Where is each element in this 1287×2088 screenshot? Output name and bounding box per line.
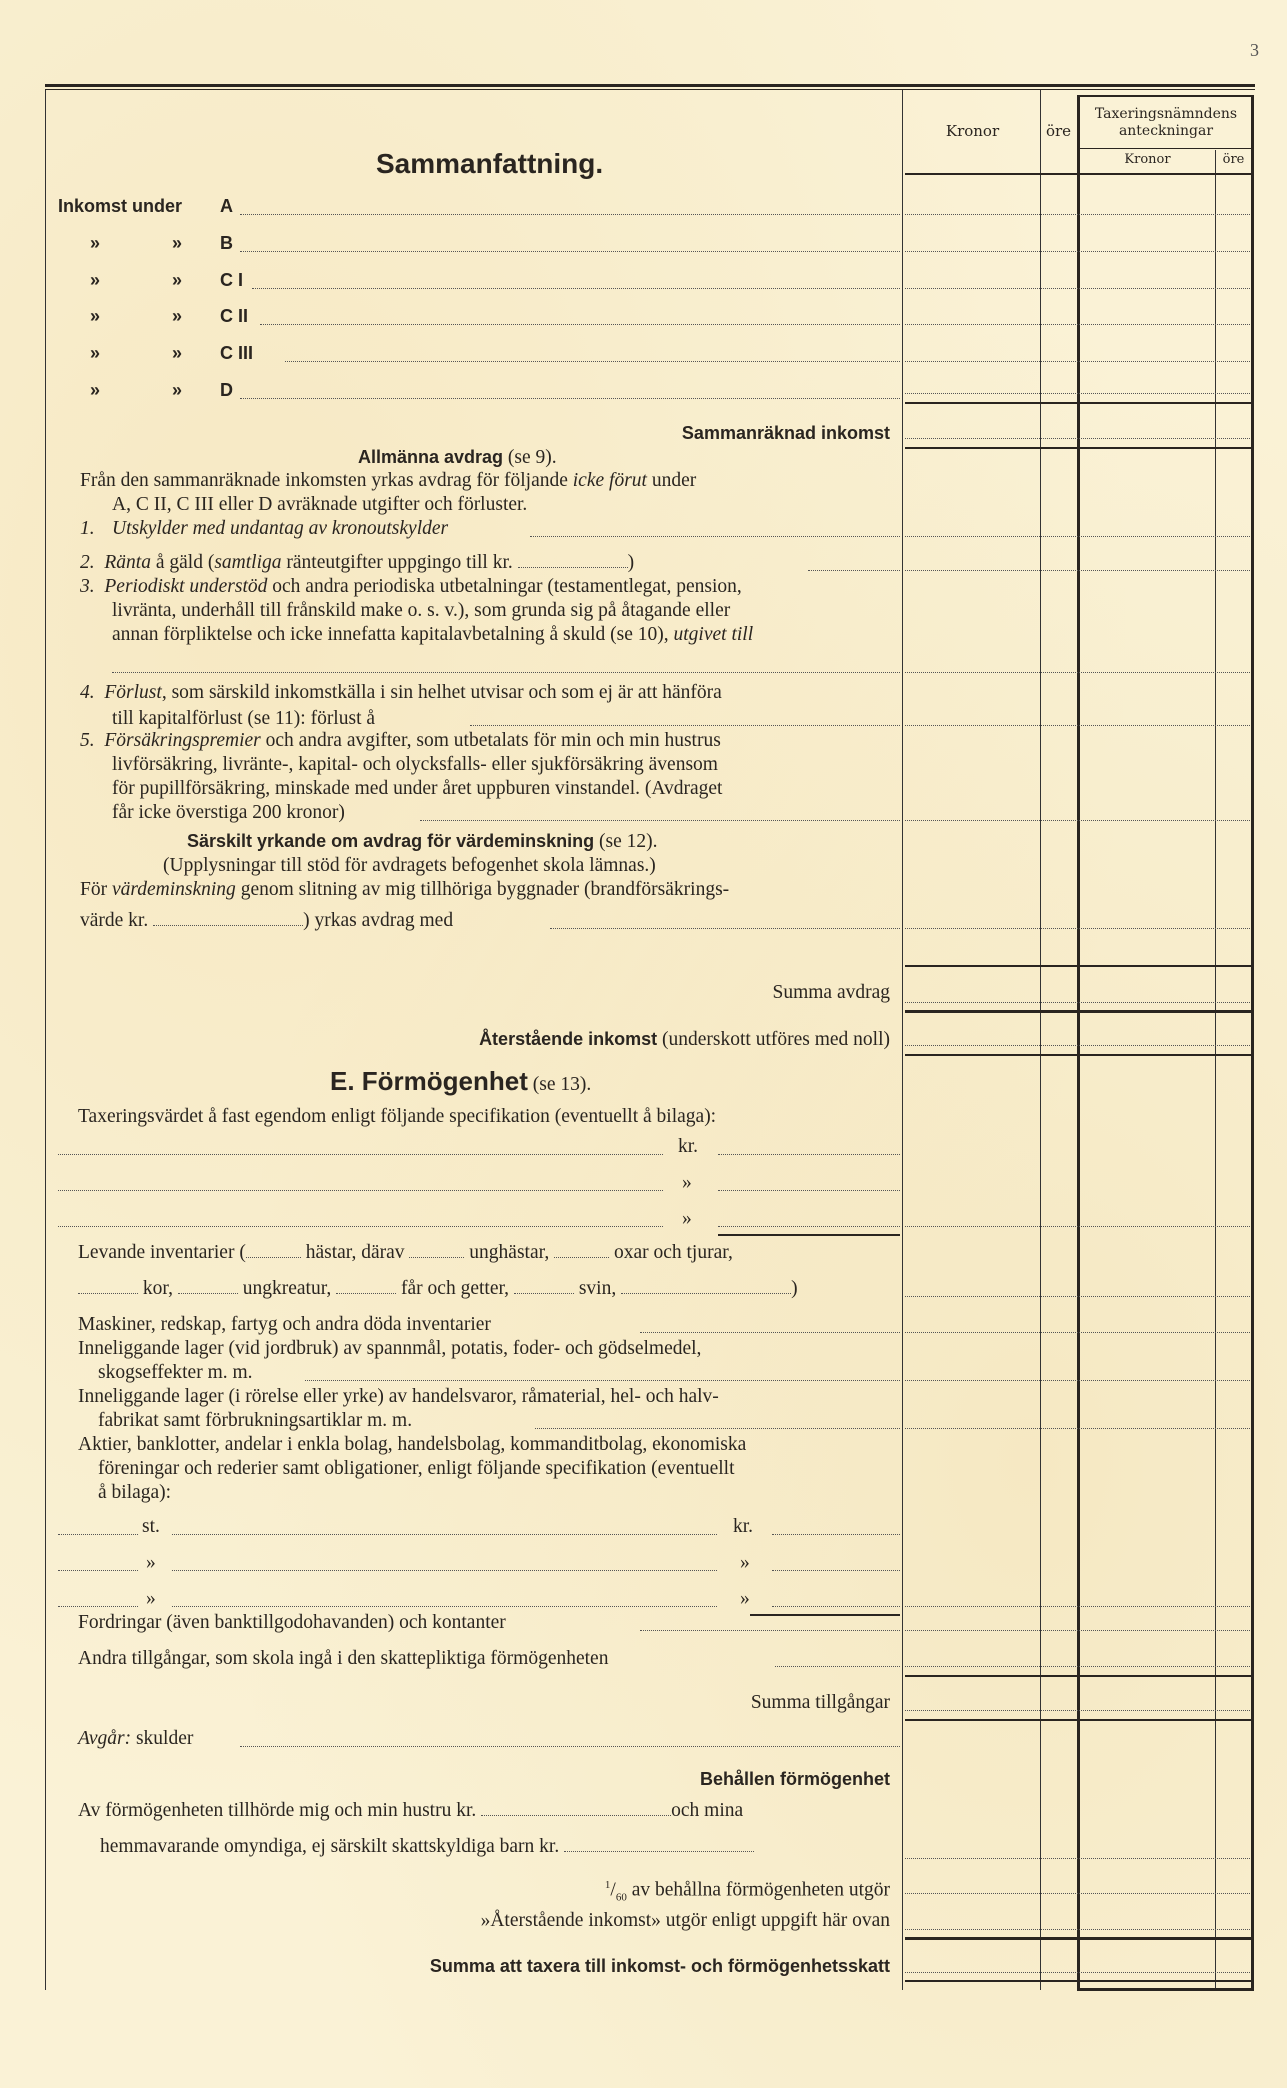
text-italic: Försäkringspremier	[104, 730, 260, 751]
text-italic: Ränta	[104, 552, 151, 573]
allmanna-avdrag-heading: Allmänna avdrag (se 9).	[358, 446, 557, 469]
income-c2-line[interactable]	[260, 324, 900, 325]
col-line	[905, 1858, 1250, 1859]
col-line	[905, 251, 1250, 252]
aterstaende-rule	[905, 1054, 1252, 1056]
horses-count-field[interactable]	[246, 1257, 301, 1258]
summa-tillgangar-line[interactable]	[905, 1710, 1250, 1711]
col-line	[905, 1296, 1250, 1297]
col-line	[905, 361, 1250, 362]
income-item-c1: C I	[220, 270, 243, 291]
item5-line2: livförsäkring, livränte-, kapital- och o…	[112, 754, 718, 776]
item5-number: 5.	[80, 730, 95, 751]
kronor-column-left-line	[902, 90, 903, 1990]
claims-label: Fordringar (även banktillgodohavanden) o…	[78, 1612, 506, 1634]
stock-farm-line1: Inneliggande lager (vid jordbruk) av spa…	[78, 1338, 701, 1360]
taxering-kronor-header: Kronor	[1080, 152, 1215, 167]
text-italic: utgivet till	[674, 624, 754, 645]
item4-line1: 4. Förlust, som särskild inkomstkälla i …	[80, 682, 722, 704]
aterstaende-inkomst-label: Återstående inkomst	[479, 1029, 657, 1049]
taxering-bottom-rule	[1077, 1988, 1254, 1991]
debts-row: Avgår: skulder	[78, 1728, 193, 1750]
taxering-sub-rule	[1080, 148, 1252, 149]
col-line	[905, 1606, 1250, 1607]
young-horses-count-field[interactable]	[409, 1257, 464, 1258]
text-italic: Periodiskt understöd	[104, 576, 267, 597]
col-line	[905, 672, 1250, 673]
col-line	[905, 214, 1250, 215]
remaining-ref-line[interactable]	[905, 1929, 1250, 1930]
text-italic: Förlust	[104, 682, 161, 703]
final-rule	[905, 1980, 1252, 1982]
aterstaende-note: (underskott utföres med noll)	[662, 1029, 890, 1050]
summa-tillgangar-label: Summa tillgångar	[400, 1692, 890, 1714]
text: annan förpliktelse och icke innefatta ka…	[112, 624, 674, 645]
item3-number: 3.	[80, 576, 95, 597]
property-desc-line-1[interactable]	[58, 1154, 663, 1155]
debts-line[interactable]	[240, 1746, 900, 1747]
heading-text: Särskilt yrkande om avdrag för värdemins…	[187, 831, 594, 851]
col-line	[905, 393, 1250, 394]
text: , som särskild inkomstkälla i sin helhet…	[162, 682, 722, 703]
text: kor,	[143, 1278, 173, 1299]
text: svin,	[579, 1278, 616, 1299]
livestock-other-field[interactable]	[621, 1293, 791, 1294]
income-subtotal-rule	[905, 402, 1252, 404]
ditto-mark: »	[682, 1172, 692, 1194]
text-italic: Avgår:	[78, 1728, 131, 1749]
fraction-denominator: 60	[616, 1891, 627, 1903]
text: skulder	[131, 1728, 193, 1749]
fraction-numerator: 1	[605, 1879, 611, 1891]
heading-text: Allmänna avdrag	[358, 447, 503, 467]
shares-count-line-2[interactable]	[58, 1570, 138, 1571]
item2-row: 2. Ränta å gäld (samtliga ränteutgifter …	[80, 552, 634, 574]
item1-number: 1.	[80, 518, 95, 540]
text-italic: icke förut	[573, 470, 647, 491]
special-heading: Särskilt yrkande om avdrag för värdemins…	[187, 830, 658, 853]
text: å gäld (	[151, 552, 214, 573]
ditto-mark: »	[146, 1588, 156, 1610]
taxering-ore-line	[1215, 150, 1216, 1990]
heading-ref: (se 9).	[508, 447, 557, 468]
ditto-mark: »	[740, 1588, 750, 1610]
taxering-column-right-bar	[1251, 95, 1254, 1990]
item4-line2: till kapitalförlust (se 11): förlust å	[112, 708, 375, 730]
col-line	[905, 1428, 1250, 1429]
shares-line1: Aktier, banklotter, andelar i enkla bola…	[78, 1434, 746, 1456]
ditto-mark: »	[682, 1208, 692, 1230]
shares-desc-line-1[interactable]	[172, 1534, 717, 1535]
summa-att-taxera-line[interactable]	[905, 1972, 1250, 1973]
other-assets-line[interactable]	[775, 1666, 900, 1667]
col-line	[905, 820, 1250, 821]
summa-att-taxera-label: Summa att taxera till inkomst- och förmö…	[250, 1955, 890, 1977]
income-d-line[interactable]	[240, 398, 900, 399]
text: ränteutgifter uppgingo till kr.	[282, 552, 513, 573]
text: genom slitning av mig tillhöriga byggnad…	[236, 879, 729, 900]
col-line	[905, 1630, 1250, 1631]
taxering-title-line1: Taxeringsnämndens	[1095, 106, 1237, 122]
text: och andra periodiska utbetalningar (test…	[267, 576, 741, 597]
stock-biz-line[interactable]	[535, 1428, 900, 1429]
ditto-mark: »	[172, 233, 182, 254]
item2-line[interactable]	[808, 570, 900, 571]
oxen-count-field[interactable]	[554, 1257, 609, 1258]
special-note: (Upplysningar till stöd för avdragets be…	[163, 855, 656, 877]
claims-line[interactable]	[640, 1630, 900, 1631]
stock-farm-line2: skogseffekter m. m.	[98, 1362, 253, 1384]
stock-farm-line[interactable]	[305, 1380, 900, 1381]
item5-line[interactable]	[420, 820, 900, 821]
ditto-mark: »	[172, 343, 182, 364]
col-line	[905, 725, 1250, 726]
interest-amount-field[interactable]	[518, 567, 628, 568]
col-line	[905, 1332, 1250, 1333]
shares-sum-rule	[750, 1614, 900, 1616]
text: värde kr.	[80, 910, 148, 931]
deductions-rule	[905, 965, 1252, 967]
item5-line4: får icke överstiga 200 kronor)	[112, 802, 345, 824]
deductions-intro-line1: Från den sammanräknade inkomsten yrkas a…	[80, 470, 696, 492]
taxering-column-left-bar	[1077, 95, 1080, 1990]
income-c3-line[interactable]	[285, 361, 900, 362]
aterstaende-inkomst-row: Återstående inkomst (underskott utföres …	[300, 1028, 890, 1051]
income-c1-line[interactable]	[252, 288, 900, 289]
col-line	[905, 1380, 1250, 1381]
ditto-mark: »	[90, 380, 100, 401]
children-share-field[interactable]	[564, 1851, 754, 1852]
property-desc-line-3[interactable]	[58, 1226, 663, 1227]
text: får och getter,	[401, 1278, 509, 1299]
item3-line3: annan förpliktelse och icke innefatta ka…	[112, 624, 753, 646]
left-border	[45, 90, 46, 1990]
sammanraknad-inkomst-label: Sammanräknad inkomst	[400, 422, 890, 444]
item4-line[interactable]	[470, 725, 900, 726]
ditto-mark: »	[90, 343, 100, 364]
shares-desc-line-2[interactable]	[172, 1570, 717, 1571]
income-item-c3: C III	[220, 343, 253, 364]
aterstaende-line[interactable]	[905, 1045, 1250, 1046]
header-bottom-rule	[905, 173, 1252, 175]
item1-line[interactable]	[530, 536, 900, 537]
text: Från den sammanräknade inkomsten yrkas a…	[80, 470, 573, 491]
income-a-line[interactable]	[240, 214, 900, 215]
deductions-intro-line2: A, C II, C III eller D avräknade utgifte…	[112, 494, 527, 516]
col-line	[905, 1226, 1250, 1227]
ditto-mark: »	[172, 270, 182, 291]
machines-line[interactable]	[640, 1332, 900, 1333]
taxering-top-rule	[1077, 95, 1254, 97]
text: För	[80, 879, 112, 900]
special-line1: För värdeminskning genom slitning av mig…	[80, 879, 729, 901]
sheep-goats-count-field[interactable]	[336, 1293, 396, 1294]
item5-line1: 5. Försäkringspremier och andra avgifter…	[80, 730, 721, 752]
income-item-b: B	[220, 233, 233, 254]
summa-avdrag-label: Summa avdrag	[400, 982, 890, 1004]
text: )	[628, 552, 635, 573]
ditto-mark: »	[90, 270, 100, 291]
remaining-ref-label: »Återstående inkomst» utgör enligt uppgi…	[300, 1910, 890, 1932]
text: oxar och tjurar,	[614, 1242, 733, 1263]
col-line	[905, 1666, 1250, 1667]
kr-label: kr.	[733, 1516, 753, 1538]
taxering-ore-header: öre	[1215, 152, 1252, 167]
page-number: 3	[1250, 40, 1259, 61]
text: Levande inventarier (	[78, 1242, 246, 1263]
stock-biz-line2: fabrikat samt förbrukningsartiklar m. m.	[98, 1410, 412, 1432]
item1-label: Utskylder med undantag av kronoutskylder	[112, 518, 448, 540]
summa-avdrag-line[interactable]	[905, 1002, 1250, 1003]
property-value-line-3[interactable]	[718, 1226, 900, 1227]
livestock-line2: kor, ungkreatur, får och getter, svin, )	[78, 1278, 798, 1300]
top-rule-thin	[45, 89, 1255, 90]
item4-number: 4.	[80, 682, 95, 703]
shares-count-line-3[interactable]	[58, 1606, 138, 1607]
col-line	[905, 438, 1250, 439]
formogenhet-heading: E. Förmögenhet (se 13).	[330, 1070, 591, 1096]
shares-desc-line-3[interactable]	[172, 1606, 717, 1607]
fire-insurance-value-field[interactable]	[153, 925, 303, 926]
ore-column-left-line	[1040, 90, 1041, 1990]
ditto-mark: »	[90, 233, 100, 254]
st-label: st.	[142, 1516, 160, 1538]
heading-ref: (se 13).	[533, 1074, 591, 1095]
item2-number: 2.	[80, 552, 95, 573]
text-italic: samtliga	[214, 552, 281, 573]
assets-rule	[905, 1675, 1252, 1677]
text: ungkreatur,	[243, 1278, 332, 1299]
top-rule	[45, 84, 1255, 87]
text: Av förmögenheten tillhörde mig och min h…	[78, 1800, 476, 1821]
page-title: Sammanfattning.	[376, 148, 603, 180]
col-line	[905, 570, 1250, 571]
ditto-mark: »	[172, 380, 182, 401]
property-value-line-1[interactable]	[718, 1154, 900, 1155]
ditto-mark: »	[740, 1552, 750, 1574]
income-item-a: A	[220, 196, 233, 217]
pigs-count-field[interactable]	[514, 1293, 574, 1294]
shares-line3: å bilaga):	[98, 1482, 171, 1504]
young-cattle-count-field[interactable]	[178, 1293, 238, 1294]
fraction-row: 1/60 av behållna förmögenheten utgör	[400, 1874, 890, 1908]
ditto-mark: »	[172, 306, 182, 327]
fraction-line[interactable]	[905, 1893, 1250, 1894]
summa-tillgangar-rule	[905, 1719, 1252, 1721]
text: ) yrkas avdrag med	[303, 910, 453, 931]
text: och mina	[671, 1800, 743, 1821]
livestock-line1: Levande inventarier ( hästar, därav ungh…	[78, 1242, 733, 1264]
heading-ref: (se 12).	[599, 831, 657, 852]
kr-label: kr.	[678, 1136, 698, 1158]
text: )	[791, 1278, 798, 1299]
col-line	[905, 288, 1250, 289]
text: av behållna förmögenheten utgör	[627, 1880, 890, 1901]
owned-line2: hemmavarande omyndiga, ej särskilt skatt…	[100, 1836, 754, 1858]
text: och andra avgifter, som utbetalats för m…	[261, 730, 721, 751]
col-line	[905, 536, 1250, 537]
item3-recipient-line[interactable]	[112, 672, 900, 673]
col-line	[905, 928, 1250, 929]
machines-label: Maskiner, redskap, fartyg och andra döda…	[78, 1314, 491, 1336]
depreciation-line[interactable]	[550, 928, 900, 929]
shares-value-line-3[interactable]	[772, 1606, 900, 1607]
income-lead: Inkomst under	[58, 196, 182, 217]
text: hemmavarande omyndiga, ej särskilt skatt…	[100, 1836, 559, 1857]
col-line	[905, 324, 1250, 325]
spouse-share-field[interactable]	[481, 1815, 671, 1816]
shares-line2: föreningar och rederier samt obligatione…	[98, 1458, 735, 1480]
remaining-rule	[905, 1937, 1252, 1940]
item3-line1: 3. Periodiskt understöd och andra period…	[80, 576, 742, 598]
special-line2: värde kr. ) yrkas avdrag med	[80, 910, 453, 932]
other-assets-label: Andra tillgångar, som skola ingå i den s…	[78, 1648, 608, 1670]
text: under	[647, 470, 696, 491]
shares-value-line-1[interactable]	[772, 1534, 900, 1535]
shares-value-line-2[interactable]	[772, 1570, 900, 1571]
ditto-mark: »	[146, 1552, 156, 1574]
taxering-title-line2: anteckningar	[1119, 123, 1213, 139]
heading-text: E. Förmögenhet	[330, 1066, 528, 1096]
text: unghästar,	[469, 1242, 549, 1263]
summa-avdrag-rule	[905, 1010, 1252, 1013]
shares-count-line-1[interactable]	[58, 1534, 138, 1535]
text-italic: värdeminskning	[112, 879, 236, 900]
owned-line1: Av förmögenheten tillhörde mig och min h…	[78, 1800, 743, 1822]
income-item-d: D	[220, 380, 233, 401]
cows-count-field[interactable]	[78, 1293, 138, 1294]
property-desc-line-2[interactable]	[58, 1190, 663, 1191]
item3-line2: livränta, underhåll till frånskild make …	[112, 600, 730, 622]
ditto-mark: »	[90, 306, 100, 327]
stock-biz-line1: Inneliggande lager (i rörelse eller yrke…	[78, 1386, 719, 1408]
income-total-rule	[905, 447, 1252, 449]
behallen-formogenhet-label: Behållen förmögenhet	[400, 1768, 890, 1790]
item5-line3: för pupillförsäkring, minskade med under…	[112, 778, 722, 800]
text: hästar, därav	[306, 1242, 405, 1263]
income-item-c2: C II	[220, 306, 248, 327]
ore-header: öre	[1040, 122, 1077, 140]
kronor-header: Kronor	[905, 122, 1040, 140]
property-intro: Taxeringsvärdet å fast egendom enligt fö…	[78, 1106, 716, 1128]
income-b-line[interactable]	[240, 251, 900, 252]
taxering-header: Taxeringsnämndens anteckningar	[1080, 106, 1252, 140]
property-sum-rule	[718, 1234, 900, 1236]
property-value-line-2[interactable]	[718, 1190, 900, 1191]
